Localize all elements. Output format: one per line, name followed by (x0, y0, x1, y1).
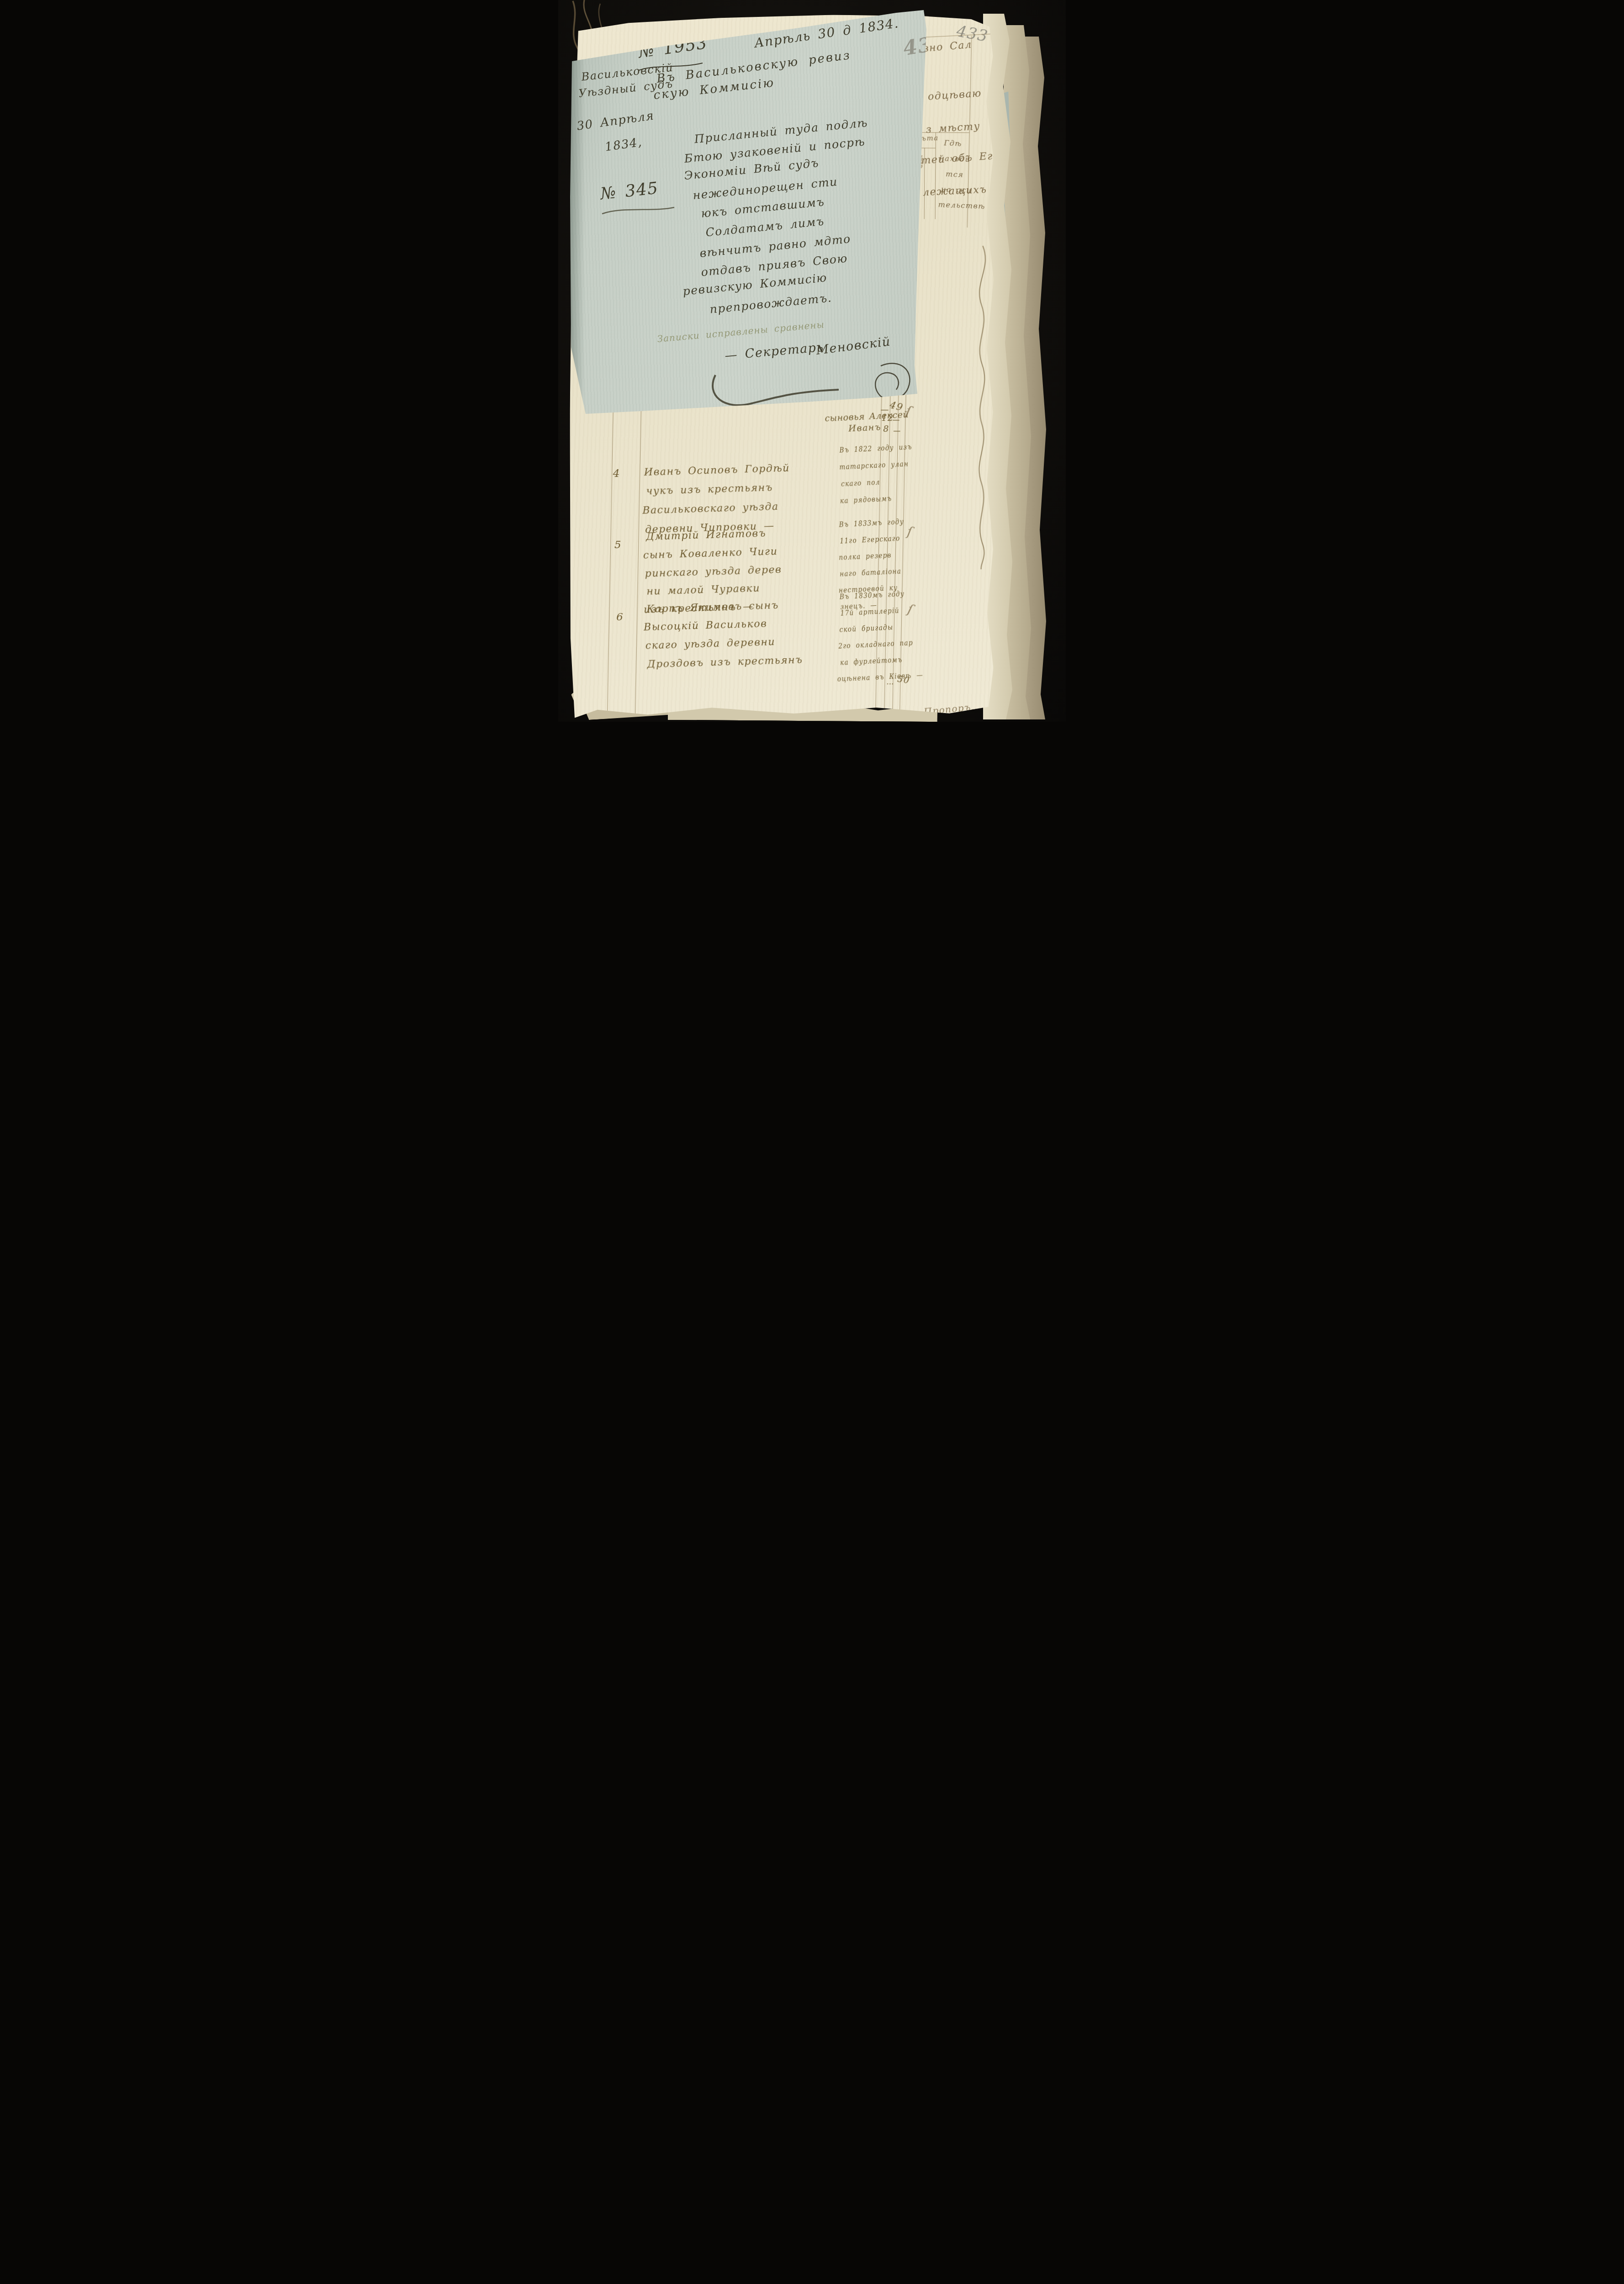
entry-service-line: знецъ. — (840, 601, 877, 611)
note-body-line: юкъ отставшимъ (700, 195, 825, 220)
entry-service-line: Въ 1822 году изъ (839, 442, 912, 454)
residence-header-line: находи (939, 154, 971, 164)
ledger-col-line-d (884, 391, 891, 717)
entry-name-line: сынъ Коваленко Чиги (643, 546, 778, 561)
entry-service-line: нестроевой ку (838, 583, 898, 595)
addressee-line: Въ Васильковскую ревиз (656, 48, 852, 86)
outgoing-number: № 345 (599, 179, 659, 203)
entry-service-line: ка рядовымъ (840, 494, 892, 505)
note-body-line: препровождаетъ. (709, 291, 832, 316)
residence-header-line: тся (946, 169, 964, 179)
entry-name-line: Дмитрій Игнатовъ (646, 528, 767, 543)
edge-fragment: з мѣсту (926, 121, 980, 136)
entry-name-line: скаго уѣзда деревни (645, 636, 776, 651)
entry-service-line: татарскаго улан (839, 459, 909, 471)
note-body-line: Солдатамъ лимъ (705, 215, 825, 239)
entry-service-line: 2го окладнаго пар (838, 638, 913, 650)
carryover-dash: — (880, 405, 889, 415)
sons-line: сыновья Алексей (825, 410, 909, 424)
entry-name-line: изъ крестьянъ — (644, 601, 754, 615)
page-number-433: 433 (955, 22, 989, 46)
residence-header-line: тельствѣ (938, 200, 986, 211)
entry-mark-dots: … (886, 677, 894, 686)
registry-underline (637, 61, 705, 73)
note-body-line: ревизскую Коммисію (682, 271, 828, 298)
residence-header-line: Гдѣ (944, 138, 962, 148)
entry-number: 6 (616, 611, 624, 623)
sons-age: 8 (883, 424, 889, 434)
edge-fragment: лежащихъ (923, 184, 987, 199)
ledger-col-line-b (635, 389, 642, 715)
entry-name-line: Высоцкій Васильков (644, 618, 767, 633)
margin-date-line: 30 Апрѣля (576, 109, 655, 133)
entry-name-line: Дроздовъ изъ крестьянъ (647, 654, 803, 670)
table-rule-right (967, 36, 972, 227)
sons-dash: — (892, 415, 900, 424)
entry-number: 4 (613, 468, 620, 480)
cover-note: № 1953 Апрѣль 30 д 1834. 431 Васильковск… (569, 7, 951, 425)
ditto-mark: ſ (905, 403, 913, 419)
ledger-col-line-a (607, 389, 614, 715)
note-body-line: Бтою узаковеній и посрѣ (684, 135, 866, 165)
entry-name-line: чукъ изъ крестьянъ (646, 482, 773, 497)
note-body-line: отдавъ приявъ Свою (700, 252, 848, 279)
age-col-line-2 (924, 148, 925, 219)
edge-fragment: тей объ Его (921, 150, 1000, 166)
ditto-mark: ſ (906, 524, 914, 540)
entry-name-line: Васильковскаго уѣзда (642, 501, 779, 517)
ledger-col-line-f (899, 391, 906, 717)
ledger-col-line-e (892, 391, 899, 717)
note-body-line: нежединорещен сти (692, 175, 838, 202)
carryover-total: 49 (889, 399, 905, 413)
sender-line: Васильковскій (581, 61, 674, 84)
addressee-line: скую Коммисію (653, 76, 775, 102)
entry-service-line: ка фурлейтомъ (840, 655, 903, 666)
edge-fragment: одцѣваю (927, 88, 982, 103)
outgoing-underline (599, 205, 677, 217)
entry-service-line: скаго пол (841, 478, 880, 488)
sons-age: 12 (881, 413, 894, 423)
entry-service-line: 11го Егерскаго (840, 534, 900, 545)
archival-scan: 433 вно Сал одцѣваю з мѣсту тей объ Его … (558, 0, 1066, 722)
note-body-line: Присланный туда подлѣ (693, 116, 868, 146)
entry-name-line: ни малой Чуравки (646, 582, 760, 597)
entry-mark-value: 50 (897, 674, 910, 686)
entry-name-line: ринскаго уѣзда дерев (645, 564, 782, 580)
entry-service-line: наго баталіона (840, 566, 902, 578)
entry-number: 5 (614, 539, 622, 551)
entry-service-line: оцѣнена въ Кіевѣ — (837, 671, 923, 683)
entry-service-line: Въ 1833мъ году (839, 517, 904, 529)
signature-name: Меновскій (815, 334, 892, 358)
entry-name-line: Карпъ Якимовъ сынъ (646, 600, 779, 615)
edge-fragment: вно Сал (922, 39, 973, 54)
entry-service-line: 17й артилерій (840, 606, 899, 618)
entry-service-line: полка резерв (839, 550, 892, 561)
residence-header-line: на жи (941, 185, 972, 195)
sender-line: Уѣздный судъ (578, 77, 674, 100)
note-body-line: вѣнчитъ равно мдто (699, 232, 852, 260)
signature-title: — Секретарь (724, 340, 825, 363)
sons-line: Иванъ (848, 422, 882, 434)
margin-date-line: 1834, (604, 135, 643, 154)
entry-name-line: Иванъ Осиповъ Гордѣй (644, 462, 790, 478)
clerk-note: Записки исправлены сравнены (657, 319, 825, 344)
entry-service-line: Въ 1830мъ году (839, 589, 905, 601)
entry-name-line: деревни Чипровки — (645, 520, 775, 535)
note-body-line: Экономіи Вѣй судъ (683, 156, 820, 182)
entry-service-line: ской бригады (839, 623, 894, 634)
age-col-line-3 (935, 132, 936, 219)
ledger-col-line-c (875, 391, 882, 717)
sons-dash: — (893, 426, 901, 435)
ditto-mark: ſ (906, 601, 915, 617)
